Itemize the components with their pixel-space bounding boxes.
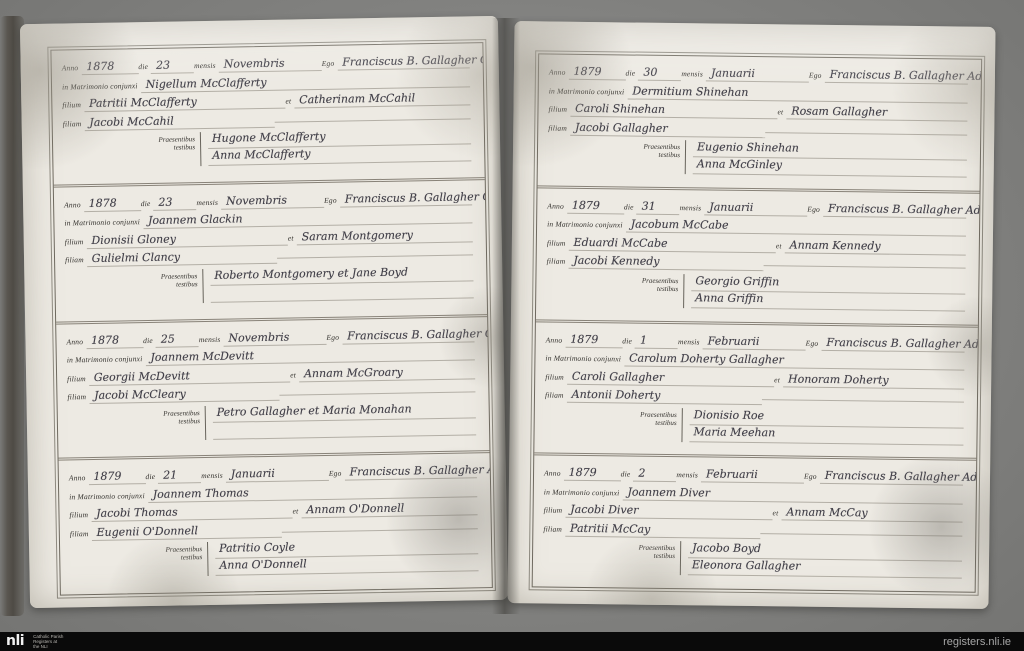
ruled-line [280,391,476,395]
mensis-label: mensis [201,471,226,480]
filiam-label: filiam [70,529,92,538]
et-label: et [293,507,302,516]
year-value: 1879 [567,198,624,214]
year-value: 1879 [564,466,621,482]
day-value: 23 [151,58,194,74]
priest-value: Franciscus B. Gallagher Adm [344,464,477,481]
bride-father-value: Eugenii O'Donnell [91,522,282,540]
register-entry: Anno 1879 die 2 mensis Februarii Ego Fra… [533,453,977,592]
groom-value: Joannem Diver [622,485,963,504]
witness-lines: Jacobo Boyd Eleonora Gallagher [681,541,962,578]
groom-father-value: Caroli Gallagher [567,369,774,387]
filium-label: filium [544,506,566,515]
witness-lines: Petro Gallagher et Maria Monahan [206,401,477,440]
die-label: die [145,472,158,481]
ego-label: Ego [804,472,820,481]
ego-label: Ego [809,71,825,80]
filiam-label: filiam [545,390,567,399]
testibus-label: Praesentibustestibus [620,139,686,174]
register-entry: Anno 1879 die 21 mensis Januarii Ego Fra… [59,450,492,594]
groom-father-value: Eduardi McCabe [568,236,775,254]
testibus-label: Praesentibustestibus [615,541,681,576]
die-label: die [138,62,151,71]
ego-label: Ego [329,469,345,478]
ruled-line [282,528,478,532]
ego-label: Ego [806,338,822,347]
et-label: et [774,375,783,384]
groom-value: Carolum Doherty Gallagher [624,351,965,370]
entry-parents-line: filium Jacobi Diver et Annam McCay [544,503,963,523]
priest-value: Franciscus B. Gallagher C.C. [342,327,475,344]
filiam-label: filiam [63,119,85,128]
ruled-line [764,265,966,268]
entry-date-line: Anno 1879 die 31 mensis Januarii Ego Fra… [547,198,966,218]
page-frame: Anno 1878 die 23 mensis Novembris Ego Fr… [50,42,492,595]
anno-label: Anno [64,200,84,209]
witness-lines: Georgio Griffin Anna Griffin [684,274,965,311]
groom-value: Dermitium Shinehan [627,84,968,103]
year-value: 1879 [88,469,145,485]
bride-value: Saram Montgomery [297,227,473,245]
et-label: et [290,370,299,379]
conjunxi-label: in Matrimonio conjunxi [69,491,148,501]
bride-value: Annam McGroary [299,364,475,382]
anno-label: Anno [546,335,566,344]
testibus-label: Praesentibustestibus [142,542,209,577]
day-value: 21 [158,468,201,484]
bride-father-value: Antonii Doherty [567,388,763,405]
testibus-label: Praesentibustestibus [618,273,684,308]
entry-date-line: Anno 1879 die 30 mensis Januarii Ego Fra… [549,65,968,85]
register-entry: Anno 1878 die 23 mensis Novembris Ego Fr… [51,43,484,184]
filium-label: filium [545,372,567,381]
witness2-value: Anna McClafferty [208,144,471,166]
die-label: die [626,68,639,77]
conjunxi-label: in Matrimonio conjunxi [547,220,626,230]
witnesses-block: Praesentibustestibus Roberto Montgomery … [137,264,474,304]
ruled-line [275,118,471,122]
register-entry: Anno 1879 die 30 mensis Januarii Ego Fra… [538,54,982,190]
bride-father-value: Jacobi Gallagher [570,120,766,137]
conjunxi-label: in Matrimonio conjunxi [549,86,628,96]
register-entry: Anno 1879 die 1 mensis Februarii Ego Fra… [534,319,978,458]
entry-parents-line: filium Caroli Gallagher et Honoram Doher… [545,369,964,389]
testibus-label: Praesentibustestibus [140,406,207,441]
entry-bride-father-line: filiam Antonii Doherty [545,387,964,407]
conjunxi-label: in Matrimonio conjunxi [62,81,141,91]
witness-lines: Hugone McClafferty Anna McClafferty [201,127,472,166]
month-value: Novembris [223,329,326,346]
priest-value: Franciscus B. Gallagher C.C. [340,190,473,207]
die-label: die [143,335,156,344]
et-label: et [285,96,294,105]
month-value: Januarii [706,66,809,82]
testibus-label: Praesentibustestibus [137,269,204,304]
groom-father-value: Patritii McClafferty [84,94,286,113]
filiam-label: filiam [547,257,569,266]
groom-value: Joannem Thomas [148,482,478,503]
mensis-label: mensis [681,69,706,78]
mensis-label: mensis [680,203,705,212]
filium-label: filium [69,510,91,519]
groom-father-value: Caroli Shinehan [570,102,777,120]
entry-date-line: Anno 1879 die 2 mensis Februarii Ego Fra… [544,466,963,486]
site-url: registers.nli.ie [943,636,1024,648]
bride-value: Annam McCay [781,506,962,523]
ruled-line [277,255,473,259]
witness2-value: Anna O'Donnell [215,555,478,577]
witness2-value [211,281,474,303]
register-page-left: Anno 1878 die 23 mensis Novembris Ego Fr… [20,16,508,608]
ego-label: Ego [326,332,342,341]
witnesses-block: Praesentibustestibus Eugenio Shinehan An… [620,139,967,177]
entry-parents-line: filium Caroli Shinehan et Rosam Gallaghe… [548,102,967,122]
witness-lines: Eugenio Shinehan Anna McGinley [686,140,967,177]
testibus-label: Praesentibustestibus [135,132,202,167]
filium-label: filium [65,237,87,246]
bride-value: Annam Kennedy [785,238,966,255]
ego-label: Ego [322,59,338,68]
witnesses-block: Praesentibustestibus Petro Gallagher et … [140,401,477,441]
filiam-label: filiam [65,255,87,264]
month-value: Novembris [219,56,322,73]
ego-label: Ego [807,204,823,213]
bride-value: Rosam Gallagher [786,104,967,121]
entry-groom-line: in Matrimonio conjunxi Carolum Doherty G… [545,350,964,370]
day-value: 25 [156,332,199,348]
anno-label: Anno [66,337,86,346]
year-value: 1878 [81,59,138,75]
page-frame: Anno 1879 die 30 mensis Januarii Ego Fra… [532,53,982,592]
witnesses-block: Praesentibustestibus Dionisio Roe Maria … [616,407,963,445]
ego-label: Ego [324,195,340,204]
month-value: Januarii [704,200,807,216]
ruled-line [765,132,967,135]
groom-value: Joannem McDevitt [145,345,475,366]
priest-value: Franciscus B. Gallagher Adm [821,335,964,352]
anno-label: Anno [69,473,89,482]
bride-father-value: Gulielmi Clancy [87,249,278,267]
anno-label: Anno [544,469,564,478]
die-label: die [141,199,154,208]
entry-parents-line: filium Eduardi McCabe et Annam Kennedy [547,235,966,255]
witnesses-block: Praesentibustestibus Hugone McClafferty … [135,127,472,167]
groom-value: Nigellum McClafferty [141,72,471,93]
priest-value: Franciscus B. Gallagher Adm [825,68,968,85]
year-value: 1878 [84,196,141,212]
bride-father-value: Jacobi McCleary [89,386,280,404]
day-value: 1 [635,333,678,349]
witness-lines: Dionisio Roe Maria Meehan [682,408,963,445]
groom-value: Jacobum McCabe [626,218,967,237]
anno-label: Anno [62,63,82,72]
footer-bar: nli Catholic ParishRegisters atthe NLI r… [0,632,1024,651]
testibus-label: Praesentibustestibus [616,407,682,442]
witnesses-block: Praesentibustestibus Georgio Griffin Ann… [618,273,965,311]
day-value: 31 [637,199,680,215]
bride-father-value: Patritii McCay [565,521,761,538]
month-value: Februarii [701,468,804,484]
witness-lines: Roberto Montgomery et Jane Boyd [203,264,474,303]
witness2-value [213,418,476,440]
filiam-label: filiam [543,524,565,533]
witnesses-block: Praesentibustestibus Jacobo Boyd Eleonor… [615,541,962,579]
scanned-register-view: Anno 1878 die 23 mensis Novembris Ego Fr… [0,0,1024,651]
mensis-label: mensis [196,197,221,206]
mensis-label: mensis [676,470,701,479]
groom-father-value: Jacobi Thomas [91,504,293,523]
month-value: Novembris [221,193,324,210]
month-value: Januarii [226,466,329,483]
witness2-value: Eleonora Gallagher [688,558,962,578]
conjunxi-label: in Matrimonio conjunxi [67,354,146,364]
filium-label: filium [547,238,569,247]
bride-value: Catherinam McCahil [294,90,470,108]
mensis-label: mensis [678,337,703,346]
register-page-right: Anno 1879 die 30 mensis Januarii Ego Fra… [507,21,995,609]
et-label: et [288,233,297,242]
witness2-value: Anna McGinley [693,157,967,177]
year-value: 1879 [565,332,622,348]
bride-value: Annam O'Donnell [301,501,477,519]
conjunxi-label: in Matrimonio conjunxi [544,487,623,497]
et-label: et [776,241,785,250]
witness2-value: Maria Meehan [689,425,963,445]
register-entry: Anno 1878 die 23 mensis Novembris Ego Fr… [54,177,487,321]
priest-value: Franciscus B. Gallagher C.C. [337,53,470,70]
filium-label: filium [67,374,89,383]
conjunxi-label: in Matrimonio conjunxi [64,217,143,227]
die-label: die [624,202,637,211]
conjunxi-label: in Matrimonio conjunxi [545,353,624,363]
anno-label: Anno [549,68,569,77]
et-label: et [777,107,786,116]
filiam-label: filiam [548,123,570,132]
entry-groom-line: in Matrimonio conjunxi Jacobum McCabe [547,217,966,237]
groom-father-value: Jacobi Diver [565,503,772,521]
bride-father-value: Jacobi McCahil [84,112,275,130]
entry-date-line: Anno 1879 die 1 mensis Februarii Ego Fra… [546,332,965,352]
day-value: 23 [153,195,196,211]
month-value: Februarii [703,334,806,350]
bride-father-value: Jacobi Kennedy [568,254,764,271]
mensis-label: mensis [194,61,219,70]
witness2-value: Anna Griffin [691,291,965,311]
day-value: 2 [633,467,676,483]
groom-value: Joannem Glackin [143,209,473,230]
year-value: 1878 [86,333,143,349]
filium-label: filium [62,100,84,109]
entry-bride-father-line: filiam Jacobi Gallagher [548,120,967,140]
entry-bride-father-line: filiam Patritii McCay [543,521,962,541]
filium-label: filium [548,105,570,114]
anno-label: Anno [547,201,567,210]
filiam-label: filiam [67,392,89,401]
die-label: die [621,470,634,479]
bride-value: Honoram Doherty [783,372,964,389]
witness-lines: Patritio Coyle Anna O'Donnell [208,538,479,577]
footer-caption: Catholic ParishRegisters atthe NLI [33,634,63,649]
ruled-line [761,533,963,536]
register-entry: Anno 1879 die 31 mensis Januarii Ego Fra… [536,185,980,324]
nli-logo: nli [0,633,24,651]
et-label: et [773,509,782,518]
ruled-line [762,399,964,402]
entry-groom-line: in Matrimonio conjunxi Joannem Diver [544,484,963,504]
priest-value: Franciscus B. Gallagher Adm [820,469,963,486]
mensis-label: mensis [199,334,224,343]
witnesses-block: Praesentibustestibus Patritio Coyle Anna… [142,538,479,578]
groom-father-value: Dionisii Gloney [86,230,288,249]
entry-bride-father-line: filiam Jacobi Kennedy [547,254,966,274]
entry-groom-line: in Matrimonio conjunxi Dermitium Shineha… [549,83,968,103]
register-entry: Anno 1878 die 25 mensis Novembris Ego Fr… [56,314,489,458]
die-label: die [622,336,635,345]
day-value: 30 [638,66,681,82]
groom-father-value: Georgii McDevitt [89,367,291,386]
year-value: 1879 [569,65,626,81]
priest-value: Franciscus B. Gallagher Adm [823,202,966,219]
